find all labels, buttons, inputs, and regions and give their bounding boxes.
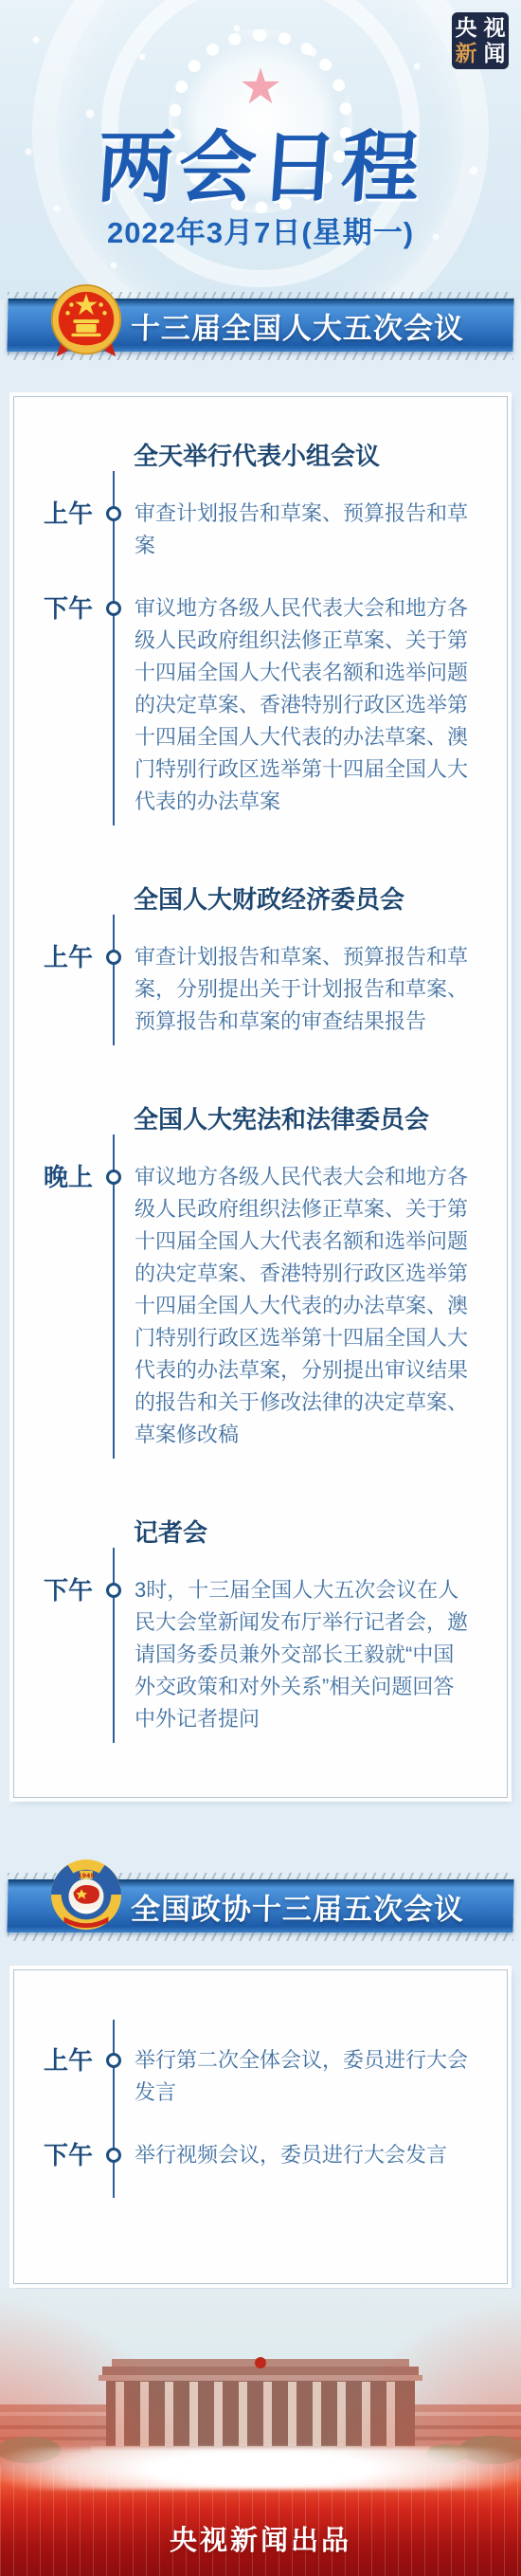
footer-photo: 央视新闻出品 xyxy=(0,2289,521,2576)
timeline-marker xyxy=(93,1574,135,1598)
schedule-text: 举行第二次全体会议，委员进行大会发言 xyxy=(135,2044,468,2109)
schedule-heading: 全国人大财政经济委员会 xyxy=(134,882,488,916)
logo-char: 央 xyxy=(456,15,477,41)
red-star-icon: ★ xyxy=(239,63,283,112)
timeline-dot-icon xyxy=(106,950,121,965)
schedule-group: 全天举行代表小组会议上午审查计划报告和草案、预算报告和草案下午审议地方各级人民代… xyxy=(44,439,488,818)
schedule-group: 全国人大宪法和法律委员会晚上审议地方各级人民代表大会和地方各级人民政府组织法修正… xyxy=(44,1102,488,1451)
logo-char: 新 xyxy=(456,41,477,66)
time-label: 下午 xyxy=(44,1574,93,1606)
timeline-dot-icon xyxy=(106,601,121,616)
national-emblem-icon xyxy=(49,282,123,364)
time-label: 晚上 xyxy=(44,1161,93,1193)
date-text: 2022年3月7日(星期一) xyxy=(0,209,521,251)
schedule-entry: 下午3时，十三届全国人大五次会议在人民大会堂新闻发布厅举行记者会，邀请国务委员兼… xyxy=(44,1574,488,1735)
schedule-text: 审查计划报告和草案、预算报告和草案 xyxy=(135,498,468,562)
time-label: 下午 xyxy=(44,2139,93,2171)
schedule-entry: 晚上审议地方各级人民代表大会和地方各级人民政府组织法修正草案、关于第十四届全国人… xyxy=(44,1161,488,1451)
poster-page: ★ 央 视 新 闻 两会日程 2022年3月7日(星期一) 十三届全国人大五次会… xyxy=(0,0,521,2576)
schedule-group: 上午举行第二次全体会议，委员进行大会发言下午举行视频会议，委员进行大会发言 xyxy=(44,2044,488,2171)
timeline-marker xyxy=(93,498,135,521)
time-label: 上午 xyxy=(44,941,93,973)
schedule-entry: 下午审议地方各级人民代表大会和地方各级人民政府组织法修正草案、关于第十四届全国人… xyxy=(44,592,488,818)
timeline-dot-icon xyxy=(106,2053,121,2068)
page-title: 两会日程 xyxy=(0,106,521,217)
banner-cppcc-label: 全国政协十三届五次会议 xyxy=(130,1879,464,1932)
timeline-dot-icon xyxy=(106,506,121,521)
schedule-text: 审议地方各级人民代表大会和地方各级人民政府组织法修正草案、关于第十四届全国人大代… xyxy=(135,592,468,818)
timeline-marker xyxy=(93,1161,135,1185)
schedule-text: 举行视频会议，委员进行大会发言 xyxy=(135,2139,468,2171)
time-label: 上午 xyxy=(44,2044,93,2077)
timeline-marker xyxy=(93,2139,135,2163)
cppcc-schedule-card: 上午举行第二次全体会议，委员进行大会发言下午举行视频会议，委员进行大会发言 xyxy=(13,1969,508,2284)
cctv-news-logo: 央 视 新 闻 xyxy=(452,12,509,69)
schedule-text: 3时，十三届全国人大五次会议在人民大会堂新闻发布厅举行记者会，邀请国务委员兼外交… xyxy=(135,1574,468,1735)
timeline-dot-icon xyxy=(106,2148,121,2163)
schedule-entry: 下午举行视频会议，委员进行大会发言 xyxy=(44,2139,488,2171)
schedule-text: 审查计划报告和草案、预算报告和草案，分别提出关于计划报告和草案、预算报告和草案的… xyxy=(135,941,468,1038)
cppcc-emblem-icon: 1949 xyxy=(49,1856,123,1937)
timeline-dot-icon xyxy=(106,1170,121,1185)
schedule-entry: 上午审查计划报告和草案、预算报告和草案，分别提出关于计划报告和草案、预算报告和草… xyxy=(44,941,488,1038)
schedule-heading: 全国人大宪法和法律委员会 xyxy=(134,1102,488,1136)
schedule-text: 审议地方各级人民代表大会和地方各级人民政府组织法修正草案、关于第十四届全国人大代… xyxy=(135,1161,468,1451)
banner-npc-label: 十三届全国人大五次会议 xyxy=(130,299,464,352)
timeline-dot-icon xyxy=(106,1583,121,1598)
timeline-marker xyxy=(93,941,135,965)
logo-char: 视 xyxy=(484,15,506,41)
schedule-entry: 上午举行第二次全体会议，委员进行大会发言 xyxy=(44,2044,488,2109)
schedule-heading: 全天举行代表小组会议 xyxy=(134,439,488,473)
timeline-marker xyxy=(93,2044,135,2068)
time-label: 下午 xyxy=(44,592,93,625)
schedule-heading: 记者会 xyxy=(134,1515,488,1550)
svg-text:1949: 1949 xyxy=(78,1873,95,1879)
npc-schedule-card: 全天举行代表小组会议上午审查计划报告和草案、预算报告和草案下午审议地方各级人民代… xyxy=(13,396,508,1798)
time-label: 上午 xyxy=(44,498,93,530)
logo-char: 闻 xyxy=(484,41,506,66)
schedule-entry: 上午审查计划报告和草案、预算报告和草案 xyxy=(44,498,488,562)
credit-text: 央视新闻出品 xyxy=(0,2519,521,2558)
light-glow xyxy=(0,2448,521,2490)
schedule-group: 全国人大财政经济委员会上午审查计划报告和草案、预算报告和草案，分别提出关于计划报… xyxy=(44,882,488,1038)
timeline-marker xyxy=(93,592,135,616)
schedule-group: 记者会下午3时，十三届全国人大五次会议在人民大会堂新闻发布厅举行记者会，邀请国务… xyxy=(44,1515,488,1735)
